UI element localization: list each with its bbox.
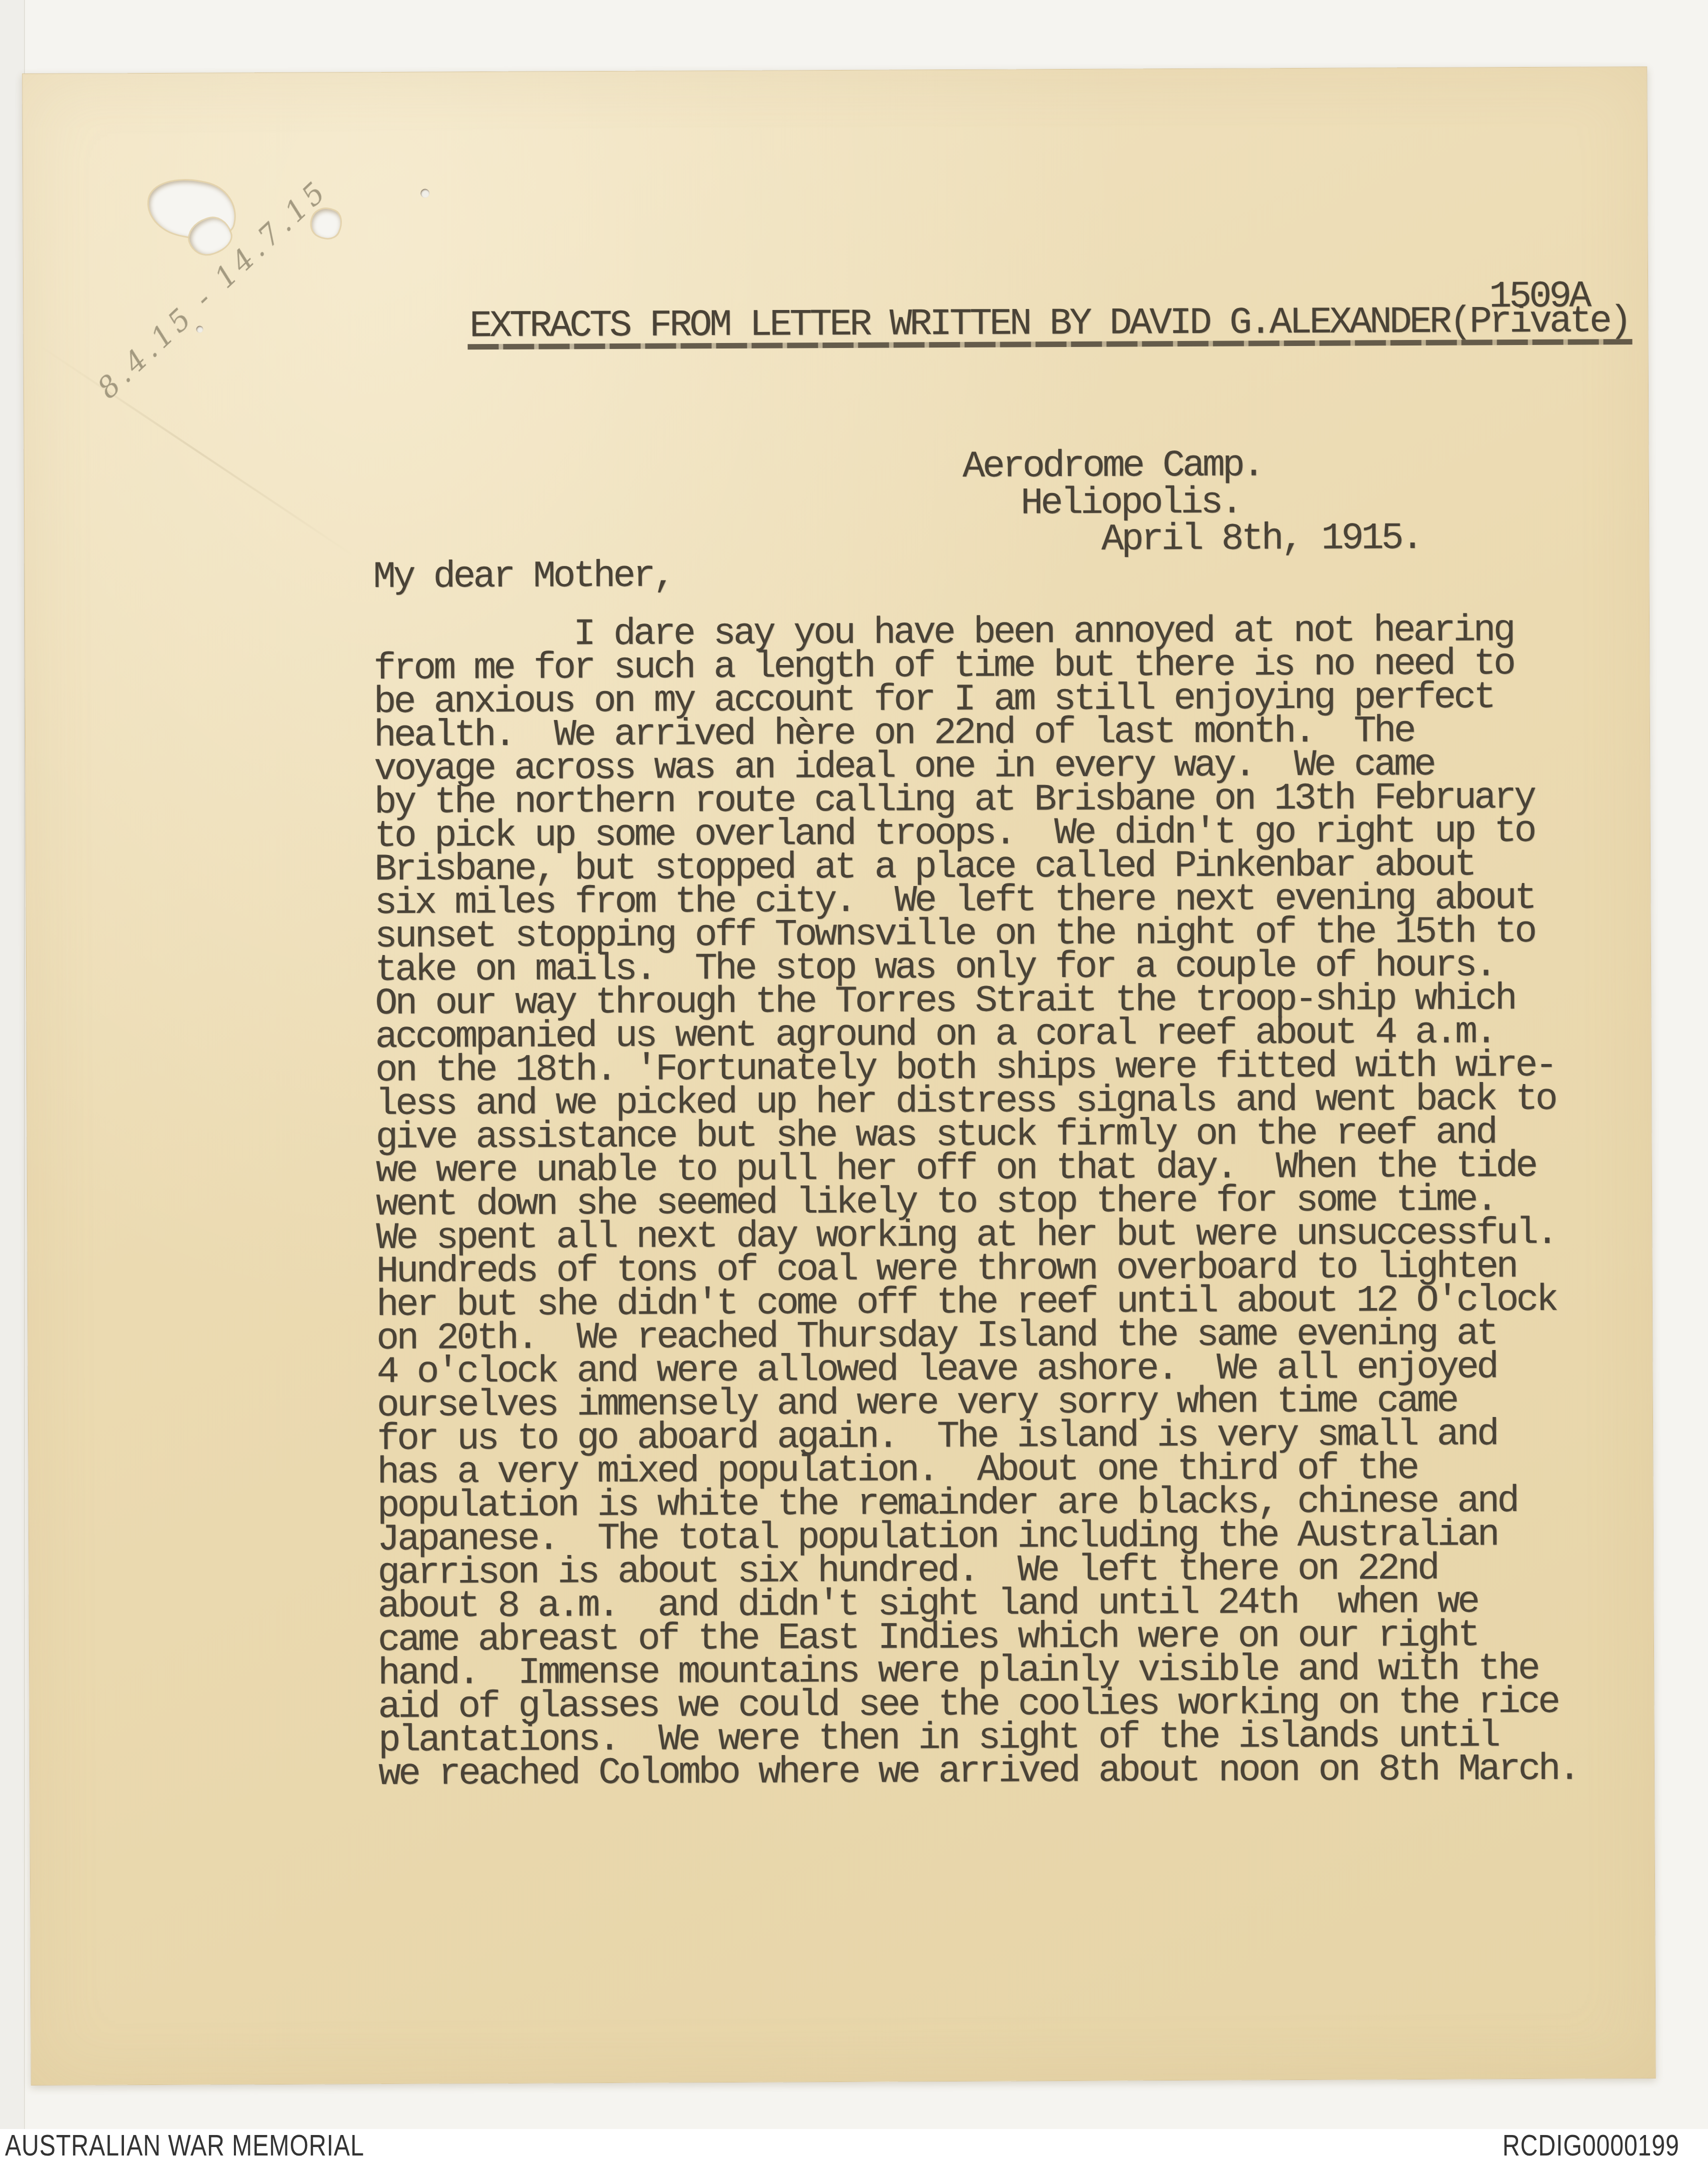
salutation: My dear Mother, xyxy=(373,557,673,596)
pinhole xyxy=(420,189,429,198)
letter-date: April 8th, 1915. xyxy=(1101,519,1421,558)
paper-crease xyxy=(37,344,354,557)
address-line-city: Heliopolis. xyxy=(1021,483,1241,522)
archive-reference-id: RCDIG0000199 xyxy=(1503,2131,1680,2160)
pinhole-small xyxy=(196,326,203,333)
registry-number: 1509A xyxy=(1489,277,1589,315)
archive-institution-label: AUSTRALIAN WAR MEMORIAL xyxy=(5,2131,364,2160)
letter-page: 8.4.15 - 14.7.15 EXTRACTS FROM LETTER WR… xyxy=(22,66,1656,2085)
address-line-camp: Aerodrome Camp. xyxy=(963,446,1263,485)
document-title: EXTRACTS FROM LETTER WRITTEN BY DAVID G.… xyxy=(469,302,1630,345)
scanner-edge-strip xyxy=(0,0,25,2129)
letter-body: I dare say you have been annoyed at not … xyxy=(373,613,1579,1791)
